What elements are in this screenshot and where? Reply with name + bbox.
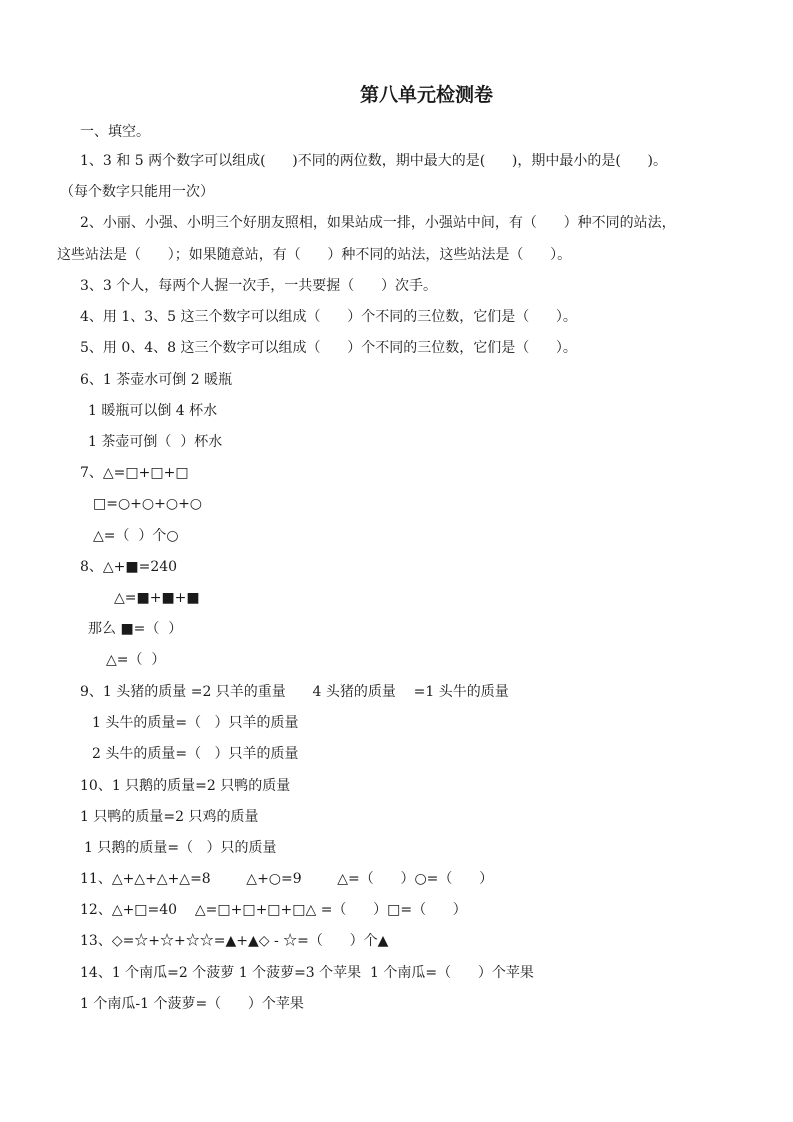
question-line-q1a: 1、3 和 5 两个数字可以组成( )不同的两位数，期中最大的是( )，期中最小… [80,152,667,170]
question-line-q11: 11、△+△+△+△=8 △+○=9 △=（ ）○=（ ） [80,870,493,888]
question-line-q6a: 6、1 茶壶水可倒 2 暖瓶 [80,371,232,389]
question-line-q10c: 1 只鹅的质量=（ ）只的质量 [84,839,276,857]
question-line-q8b: △=■+■+■ [114,589,200,607]
question-line-q9a: 9、1 头猪的质量 =2 只羊的重量 4 头猪的质量 =1 头牛的质量 [80,683,509,701]
question-line-q4: 4、用 1、3、5 这三个数字可以组成（ ）个不同的三位数，它们是（ ）。 [80,308,577,326]
question-line-q8a: 8、△+■=240 [80,558,177,576]
question-line-q6b: 1 暖瓶可以倒 4 杯水 [88,402,217,420]
question-line-q6c: 1 茶壶可倒（ ）杯水 [88,433,222,451]
question-line-q7b: □=○+○+○+○ [93,495,202,513]
question-line-q10b: 1 只鸭的质量=2 只鸡的质量 [80,808,258,826]
question-line-q9b: 1 头牛的质量=（ ）只羊的质量 [92,714,298,732]
question-line-q7c: △=（ ）个○ [93,527,179,545]
question-line-q14b: 1 个南瓜-1 个菠萝=（ ）个苹果 [80,995,304,1013]
question-line-q7a: 7、△=□+□+□ [80,464,189,482]
question-line-q13: 13、◇=☆+☆+☆☆=▲+▲◇ - ☆=（ ）个▲ [80,932,388,950]
question-line-q5: 5、用 0、4、8 这三个数字可以组成（ ）个不同的三位数，它们是（ ）。 [80,339,577,357]
question-line-q10a: 10、1 只鹅的质量=2 只鸭的质量 [80,777,290,795]
question-line-q1b: （每个数字只能用一次） [60,183,214,201]
question-line-q8c: 那么 ■=（ ） [88,620,182,638]
section-heading: 一、填空。 [80,123,150,141]
question-line-q2b: 这些站法是（ ）；如果随意站，有（ ）种不同的站法，这些站法是（ ）。 [57,246,571,264]
question-line-q9c: 2 头牛的质量=（ ）只羊的质量 [92,745,298,763]
question-line-q3: 3、3 个人，每两个人握一次手，一共要握（ ）次手。 [80,277,437,295]
question-line-q12: 12、△+□=40 △=□+□+□+□△ =（ ）□=（ ） [80,901,467,919]
question-line-q14a: 14、1 个南瓜=2 个菠萝 1 个菠萝=3 个苹果 1 个南瓜=（ ）个苹果 [80,964,534,982]
page-title: 第八单元检测卷 [0,80,793,107]
question-line-q2a: 2、小丽、小强、小明三个好朋友照相，如果站成一排，小强站中间，有（ ）种不同的站… [80,214,676,232]
question-line-q8d: △=（ ） [106,651,165,669]
